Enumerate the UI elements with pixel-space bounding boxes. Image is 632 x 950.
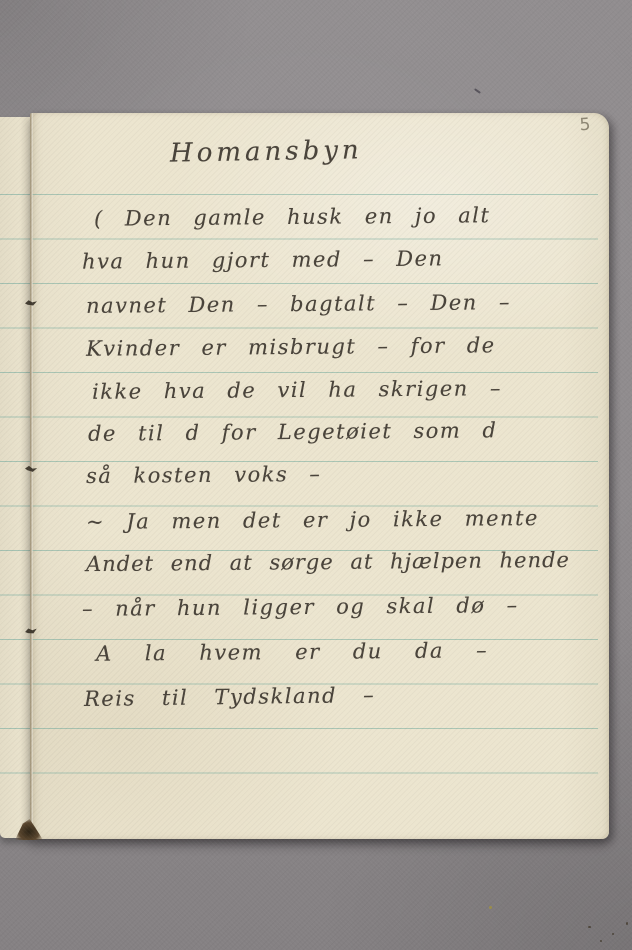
handwritten-line: ikke hva de vil ha skrigen – [92,376,502,404]
handwritten-line: ( Den gamle husk en jo alt [94,203,491,230]
handwritten-line: navnet Den – bagtalt – Den – [86,290,511,318]
notebook-page: 5 Homansbyn ( Den gamle husk en jo alt h… [30,113,609,839]
paper-speck [588,926,591,928]
felt-fleck [489,906,492,909]
handwritten-line: Reis til Tydskland – [84,683,375,711]
handwritten-line: ~ Ja men det er jo ikke mente [86,506,539,534]
handwritten-line: de til d for Legetøiet som d [88,418,498,446]
page-number: 5 [569,114,600,136]
handwritten-line: – når hun ligger og skal dø – [82,593,519,621]
manuscript-title: Homansbyn [170,135,363,168]
paper-speck [612,933,614,935]
photo-backdrop: 5 Homansbyn ( Den gamle husk en jo alt h… [0,0,632,950]
handwritten-line: A la hvem er du da – [96,638,488,665]
handwritten-line: så kosten voks – [86,462,322,488]
felt-fleck [474,88,481,94]
paper-speck [626,922,628,925]
paper-speck [600,940,602,942]
adjacent-page-edge [0,117,34,838]
handwritten-line: Andet end at sørge at hjælpen hende [86,548,570,576]
handwritten-line: hva hun gjort med – Den [82,246,444,273]
handwritten-line: Kvinder er misbrugt – for de [86,333,496,361]
binding-crease [30,113,33,839]
